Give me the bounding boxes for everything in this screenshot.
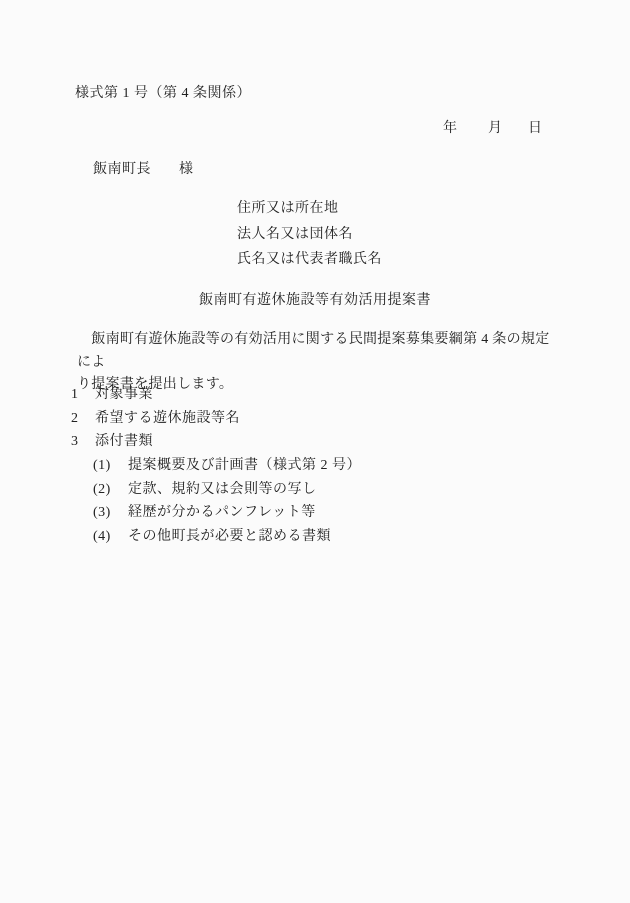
attachment-item-label: 経歴が分かるパンフレット等 (128, 501, 316, 525)
sender-fields: 住所又は所在地 法人名又は団体名 氏名又は代表者職氏名 (237, 196, 382, 273)
attachment-item-number: (1) (93, 454, 128, 478)
sender-field-organization: 法人名又は団体名 (237, 222, 382, 248)
item-list: 1 対象事業 2 希望する遊休施設等名 3 添付書類 (1) 提案概要及び計画書… (71, 383, 361, 549)
body-line: 飯南町有遊休施設等の有効活用に関する民間提案募集要綱第 4 条の規定によ (77, 329, 563, 374)
sender-field-address: 住所又は所在地 (237, 196, 382, 222)
attachment-item-label: その他町長が必要と認める書類 (128, 525, 331, 549)
addressee-line: 飯南町長 様 (93, 158, 194, 178)
list-item: 3 添付書類 (71, 430, 361, 454)
list-item-number: 1 (71, 383, 95, 407)
list-item-label: 希望する遊休施設等名 (95, 407, 240, 431)
attachment-item: (3) 経歴が分かるパンフレット等 (71, 501, 361, 525)
sender-field-representative: 氏名又は代表者職氏名 (237, 247, 382, 273)
list-item-number: 2 (71, 407, 95, 431)
document-title: 飯南町有遊休施設等有効活用提案書 (0, 289, 630, 309)
date-day-label: 日 (528, 117, 542, 137)
document-page: 様式第 1 号（第 4 条関係） 年 月 日 飯南町長 様 住所又は所在地 法人… (0, 0, 630, 903)
list-item-label: 対象事業 (95, 383, 153, 407)
date-month-label: 月 (488, 117, 502, 137)
attachment-item-number: (4) (93, 525, 128, 549)
list-item-label: 添付書類 (95, 430, 153, 454)
attachment-item-label: 定款、規約又は会則等の写し (128, 478, 317, 502)
list-item-number: 3 (71, 430, 95, 454)
list-item: 2 希望する遊休施設等名 (71, 407, 361, 431)
attachment-item: (2) 定款、規約又は会則等の写し (71, 478, 361, 502)
attachment-item: (4) その他町長が必要と認める書類 (71, 525, 361, 549)
list-item: 1 対象事業 (71, 383, 361, 407)
form-number: 様式第 1 号（第 4 条関係） (75, 82, 251, 102)
date-line: 年 月 日 (443, 117, 542, 137)
attachment-item-label: 提案概要及び計画書（様式第 2 号） (128, 454, 361, 478)
attachment-item-number: (3) (93, 501, 128, 525)
date-year-label: 年 (443, 117, 457, 137)
attachment-item-number: (2) (93, 478, 128, 502)
attachment-item: (1) 提案概要及び計画書（様式第 2 号） (71, 454, 361, 478)
addressee-name: 飯南町長 (93, 158, 151, 178)
addressee-honorific: 様 (179, 158, 194, 178)
